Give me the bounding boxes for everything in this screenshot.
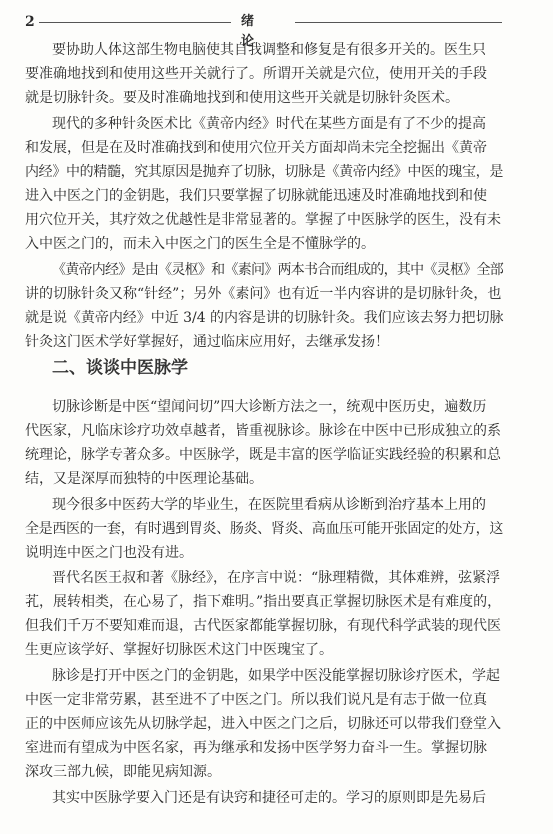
text-line: 说明连中医之门也没有进。 (25, 543, 503, 563)
text-line: 《黄帝内经》是由《灵枢》和《素问》两本书合而组成的，其中《灵枢》全部 (52, 260, 503, 280)
text-line: 进入中医之门的金钥匙，我们只要掌握了切脉就能迅速及时准确地找到和使 (25, 186, 503, 206)
text-line: 芤，展转相类，在心易了，指下难明。”指出要真正掌握切脉医术是有难度的， (25, 592, 503, 612)
text-line: 代医家，凡临床诊疗功效卓越者，皆重视脉诊。脉诊在中医中已形成独立的系 (25, 421, 503, 441)
text-line: 中医一定非常劳累，甚至进不了中医之门。所以我们说凡是有志于做一位真 (25, 690, 503, 710)
text-line: 生更应该学好、掌握好切脉医术这门中医瑰宝了。 (25, 640, 503, 660)
text-line: 切脉诊断是中医“望闻问切”四大诊断方法之一，统观中医历史，遍数历 (52, 397, 503, 417)
text-line: 但我们千万不要知难而退，古代医家都能掌握切脉，有现代科学武装的现代医 (25, 616, 503, 636)
text-line: 脉诊是打开中医之门的金钥匙，如果学中医没能掌握切脉诊疗医术，学起 (52, 666, 503, 686)
header-rule-left (39, 22, 231, 23)
text-line: 就是说《黄帝内经》中近 3/4 的内容是讲的切脉针灸。我们应该去努力把切脉 (25, 308, 503, 328)
text-line: 现今很多中医药大学的毕业生，在医院里看病从诊断到治疗基本上用的 (52, 495, 503, 515)
text-line: 就是切脉针灸。要及时准确地找到和使用这些开关就是切脉针灸医术。 (25, 88, 503, 108)
header-rule-right (295, 22, 502, 23)
text-line: 和发展，但是在及时准确找到和使用穴位开关方面却尚未完全挖掘出《黄帝 (25, 138, 503, 158)
text-line: 其实中医脉学要入门还是有诀窍和捷径可走的。学习的原则即是先易后 (52, 788, 503, 808)
text-line: 要准确地找到和使用这些开关就行了。所谓开关就是穴位，使用开关的手段 (25, 64, 503, 84)
text-line: 要协助人体这部生物电脑使其自我调整和修复是有很多开关的。医生只 (52, 40, 503, 60)
text-line: 深攻三部九候，即能见病知源。 (25, 762, 503, 782)
text-line: 晋代名医王叔和著《脉经》，在序言中说：“脉理精微，其体难辨，弦紧浮 (52, 568, 503, 588)
text-line: 统理论，脉学专著众多。中医脉学，既是丰富的医学临证实践经验的积累和总 (25, 445, 503, 465)
text-line: 结，又是深厚而独特的中医理论基础。 (25, 469, 503, 489)
text-line: 用穴位开关，其疗效之优越性是非常显著的。掌握了中医脉学的医生，没有未 (25, 210, 503, 230)
text-line: 内经》中的精髓，究其原因是抛弃了切脉，切脉是《黄帝内经》中医的瑰宝，是 (25, 162, 503, 182)
page-number: 2 (25, 12, 35, 32)
text-line: 全是西医的一套，有时遇到胃炎、肠炎、肾炎、高血压可能开张固定的处方，这 (25, 519, 503, 539)
text-line: 现代的多种针灸医术比《黄帝内经》时代在某些方面是有了不少的提高 (52, 114, 503, 134)
section-heading: 二、谈谈中医脉学 (52, 356, 188, 380)
text-line: 讲的切脉针灸又称“针经”；另外《素问》也有近一半内容讲的是切脉针灸，也 (25, 284, 503, 304)
text-line: 正的中医师应该先从切脉学起，进入中医之门之后，切脉还可以带我们登堂入 (25, 714, 503, 734)
running-header: 2 绪论 (25, 12, 502, 32)
text-line: 入中医之门的，而未入中医之门的医生全是不懂脉学的。 (25, 234, 503, 254)
text-line: 针灸这门医术学好掌握好，通过临床应用好，去继承发扬！ (25, 332, 503, 352)
text-line: 室进而有望成为中医名家，再为继承和发扬中医学努力奋斗一生。掌握切脉 (25, 738, 503, 758)
